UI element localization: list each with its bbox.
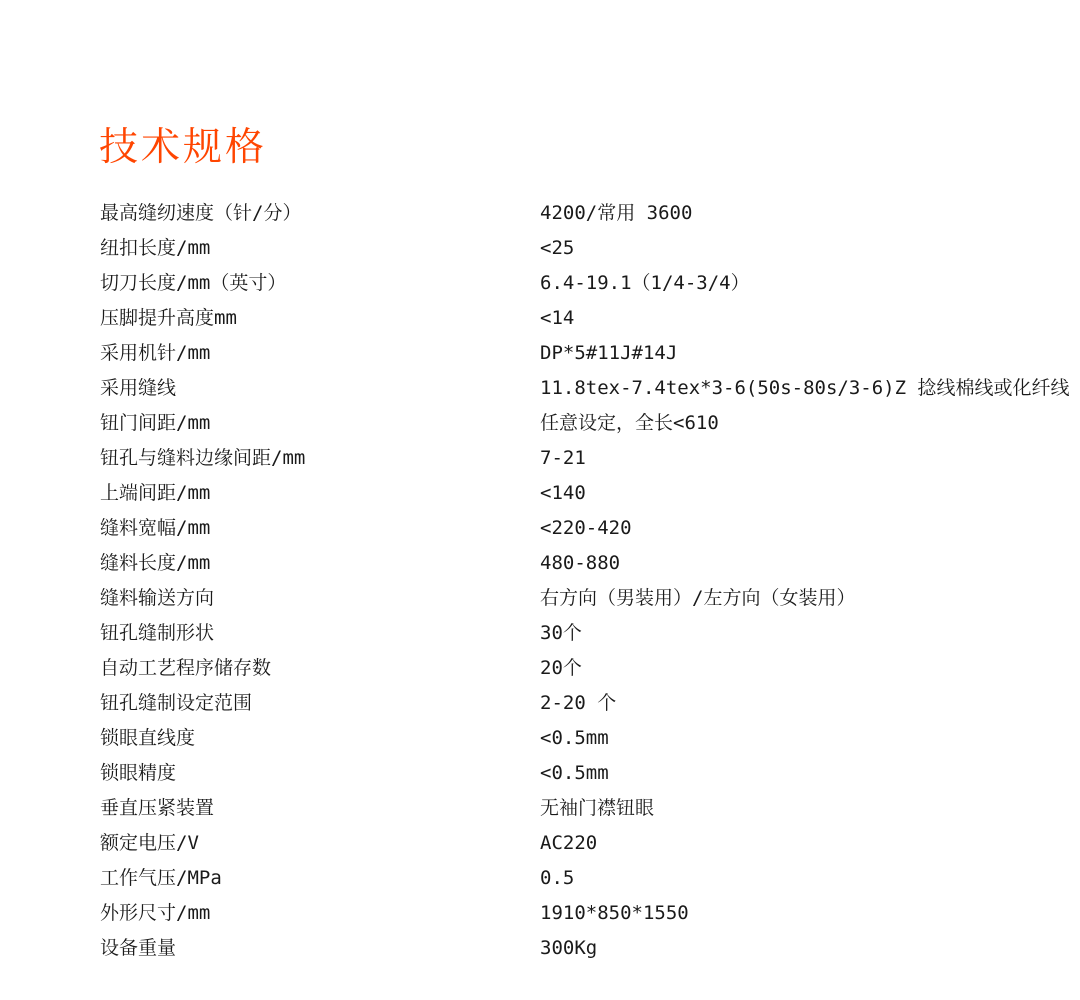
spec-row: 缝料输送方向 右方向（男装用）/左方向（女装用） [100, 581, 1060, 616]
spec-value: <220-420 [540, 511, 1060, 546]
spec-row: 缝料宽幅/mm <220-420 [100, 511, 1060, 546]
spec-value: 300Kg [540, 931, 1060, 966]
spec-row: 自动工艺程序储存数 20个 [100, 651, 1060, 686]
spec-label: 钮孔缝制设定范围 [100, 686, 540, 721]
spec-label: 钮孔与缝料边缘间距/mm [100, 441, 540, 476]
spec-label: 纽扣长度/mm [100, 231, 540, 266]
spec-label: 自动工艺程序储存数 [100, 651, 540, 686]
spec-row: 纽扣长度/mm <25 [100, 231, 1060, 266]
spec-value: 480-880 [540, 546, 1060, 581]
spec-value: <140 [540, 476, 1060, 511]
spec-label: 采用机针/mm [100, 336, 540, 371]
spec-value: 任意设定，全长<610 [540, 406, 1060, 441]
spec-row: 压脚提升高度mm <14 [100, 301, 1060, 336]
spec-row: 切刀长度/mm（英寸） 6.4-19.1（1/4-3/4） [100, 266, 1060, 301]
spec-value: 6.4-19.1（1/4-3/4） [540, 266, 1060, 301]
spec-value: <0.5mm [540, 756, 1060, 791]
spec-row: 锁眼精度 <0.5mm [100, 756, 1060, 791]
spec-row: 钮门间距/mm 任意设定，全长<610 [100, 406, 1060, 441]
spec-row: 上端间距/mm <140 [100, 476, 1060, 511]
spec-value: 右方向（男装用）/左方向（女装用） [540, 581, 1060, 616]
spec-label: 钮孔缝制形状 [100, 616, 540, 651]
spec-label: 额定电压/V [100, 826, 540, 861]
spec-label: 垂直压紧装置 [100, 791, 540, 826]
spec-label: 缝料输送方向 [100, 581, 540, 616]
spec-row: 钮孔缝制设定范围 2-20 个 [100, 686, 1060, 721]
spec-label: 缝料宽幅/mm [100, 511, 540, 546]
spec-label: 上端间距/mm [100, 476, 540, 511]
spec-row: 外形尺寸/mm 1910*850*1550 [100, 896, 1060, 931]
spec-value: 0.5 [540, 861, 1060, 896]
spec-table: 最高缝纫速度（针/分） 4200/常用 3600 纽扣长度/mm <25 切刀长… [100, 196, 1060, 966]
spec-label: 锁眼精度 [100, 756, 540, 791]
spec-label: 锁眼直线度 [100, 721, 540, 756]
spec-row: 钮孔与缝料边缘间距/mm 7-21 [100, 441, 1060, 476]
spec-row: 采用机针/mm DP*5#11J#14J [100, 336, 1060, 371]
spec-row: 垂直压紧装置 无袖门襟钮眼 [100, 791, 1060, 826]
spec-label: 切刀长度/mm（英寸） [100, 266, 540, 301]
spec-row: 采用缝线 11.8tex-7.4tex*3-6(50s-80s/3-6)Z 捻线… [100, 371, 1060, 406]
spec-row: 钮孔缝制形状 30个 [100, 616, 1060, 651]
spec-row: 工作气压/MPa 0.5 [100, 861, 1060, 896]
spec-label: 工作气压/MPa [100, 861, 540, 896]
spec-label: 设备重量 [100, 931, 540, 966]
spec-value: <0.5mm [540, 721, 1060, 756]
spec-label: 采用缝线 [100, 371, 540, 406]
spec-value: 2-20 个 [540, 686, 1060, 721]
spec-label: 钮门间距/mm [100, 406, 540, 441]
spec-label: 最高缝纫速度（针/分） [100, 196, 540, 231]
spec-value: <14 [540, 301, 1060, 336]
spec-row: 最高缝纫速度（针/分） 4200/常用 3600 [100, 196, 1060, 231]
spec-value: 无袖门襟钮眼 [540, 791, 1060, 826]
spec-row: 设备重量 300Kg [100, 931, 1060, 966]
spec-value: 7-21 [540, 441, 1060, 476]
spec-value: 1910*850*1550 [540, 896, 1060, 931]
spec-row: 缝料长度/mm 480-880 [100, 546, 1060, 581]
page-title: 技术规格 [99, 116, 267, 172]
spec-label: 缝料长度/mm [100, 546, 540, 581]
spec-value: 4200/常用 3600 [540, 196, 1060, 231]
spec-value: 30个 [540, 616, 1060, 651]
spec-value: 11.8tex-7.4tex*3-6(50s-80s/3-6)Z 捻线棉线或化纤… [540, 371, 1070, 406]
spec-value: AC220 [540, 826, 1060, 861]
spec-value: 20个 [540, 651, 1060, 686]
spec-value: <25 [540, 231, 1060, 266]
spec-label: 压脚提升高度mm [100, 301, 540, 336]
spec-row: 锁眼直线度 <0.5mm [100, 721, 1060, 756]
spec-value: DP*5#11J#14J [540, 336, 1060, 371]
spec-row: 额定电压/V AC220 [100, 826, 1060, 861]
spec-label: 外形尺寸/mm [100, 896, 540, 931]
